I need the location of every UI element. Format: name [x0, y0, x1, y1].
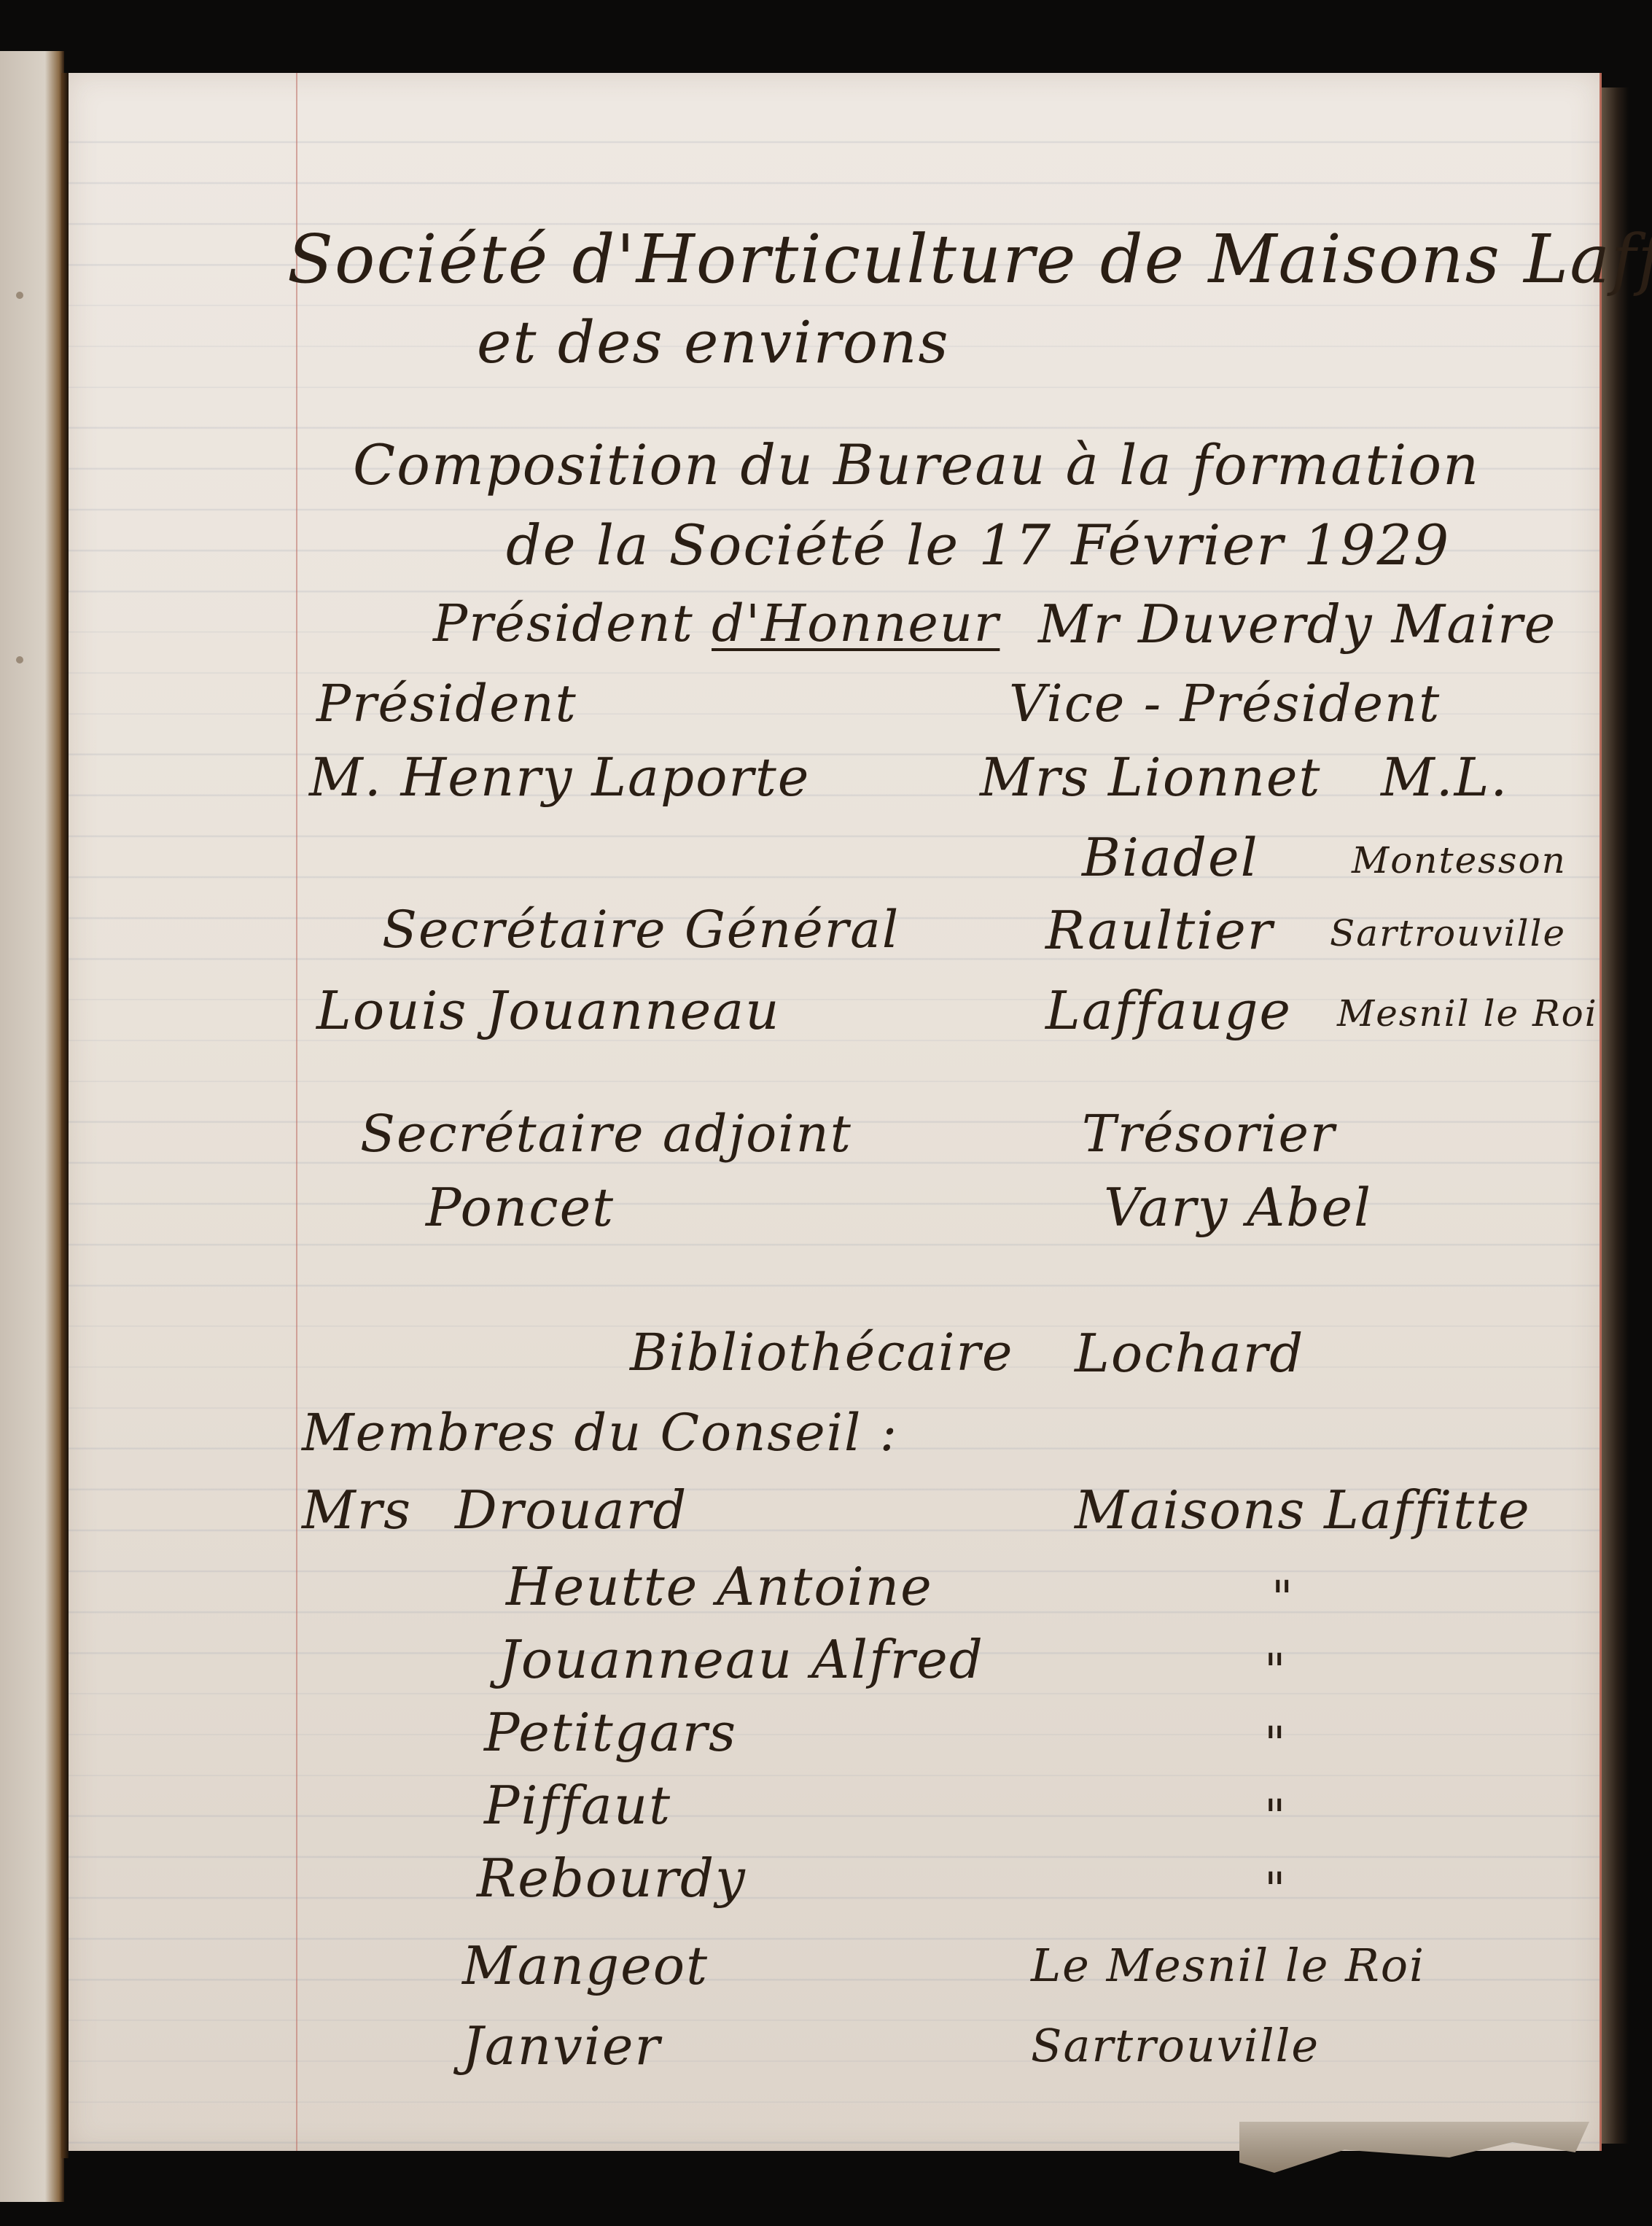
council-member-place-ditto: " — [1264, 1648, 1285, 1694]
council-member-place-ditto: " — [1264, 1721, 1285, 1767]
treasurer-name: Vary Abel — [1104, 1181, 1372, 1234]
notebook-page: Société d'Horticulture de Maisons Laffit… — [69, 73, 1602, 2151]
vice-president-place: Montesson — [1352, 842, 1567, 879]
assistant-secretary-name: Poncet — [426, 1181, 615, 1234]
council-member-name: Drouard — [455, 1484, 687, 1536]
council-member-place: Sartrouville — [1031, 2023, 1320, 2069]
council-member-name: Mangeot — [462, 1939, 709, 1992]
previous-page-edge — [0, 51, 64, 2202]
librarian-name: Lochard — [1075, 1327, 1304, 1379]
council-label: Membres du Conseil : — [302, 1407, 898, 1458]
council-member-place-ditto: " — [1264, 1794, 1285, 1840]
vice-president-name: Mrs Lionnet — [980, 751, 1321, 803]
council-member-name: Petitgars — [484, 1706, 737, 1759]
vice-president-place: M.L. — [1381, 751, 1508, 803]
vice-president-place: Mesnil le Roi — [1337, 995, 1598, 1032]
vice-president-name: Biadel — [1082, 831, 1259, 884]
librarian-label: Bibliothécaire — [630, 1327, 1013, 1378]
vice-president-name: Raultier — [1045, 904, 1274, 957]
vice-president-label: Vice - Président — [1009, 678, 1441, 729]
page-title: Société d'Horticulture de Maisons Laffit… — [287, 226, 1652, 293]
council-member-name: Janvier — [462, 2020, 661, 2072]
council-member-name: Piffaut — [484, 1779, 671, 1832]
president-name: M. Henry Laporte — [309, 751, 810, 803]
president-label: Président — [316, 678, 577, 729]
section-heading-date: de la Société le 17 Février 1929 — [506, 518, 1450, 573]
honorary-president-label: Président d'Honneur — [433, 598, 1000, 649]
honorary-president-label-suffix: d'Honneur — [712, 594, 1000, 653]
council-member-name: Heutte Antoine — [506, 1560, 933, 1613]
council-prefix: Mrs — [302, 1484, 412, 1536]
vice-president-name: Laffauge — [1045, 984, 1292, 1037]
section-heading: Composition du Bureau à la formation — [353, 437, 1480, 493]
honorary-president-name: Mr Duverdy Maire — [1038, 598, 1556, 650]
council-member-place-ditto: " — [1264, 1867, 1285, 1913]
page-stack-edge — [1600, 87, 1629, 2144]
treasurer-label: Trésorier — [1082, 1108, 1336, 1159]
council-member-place-ditto: " — [1271, 1575, 1293, 1622]
secretary-general-name: Louis Jouanneau — [316, 984, 781, 1037]
council-member-place: Le Mesnil le Roi — [1031, 1943, 1425, 1988]
honorary-president-label-prefix: Président — [433, 594, 694, 653]
secretary-general-label: Secrétaire Général — [382, 904, 900, 955]
assistant-secretary-label: Secrétaire adjoint — [360, 1108, 852, 1159]
page-hole — [16, 656, 23, 663]
council-member-place: Maisons Laffitte — [1075, 1484, 1531, 1536]
council-member-name: Jouanneau Alfred — [499, 1633, 984, 1686]
council-member-name: Rebourdy — [477, 1852, 747, 1904]
notebook-spine — [61, 73, 69, 2158]
vice-president-place: Sartrouville — [1330, 915, 1566, 952]
page-subtitle: et des environs — [477, 314, 950, 372]
page-hole — [16, 292, 23, 299]
margin-line — [296, 73, 297, 2151]
